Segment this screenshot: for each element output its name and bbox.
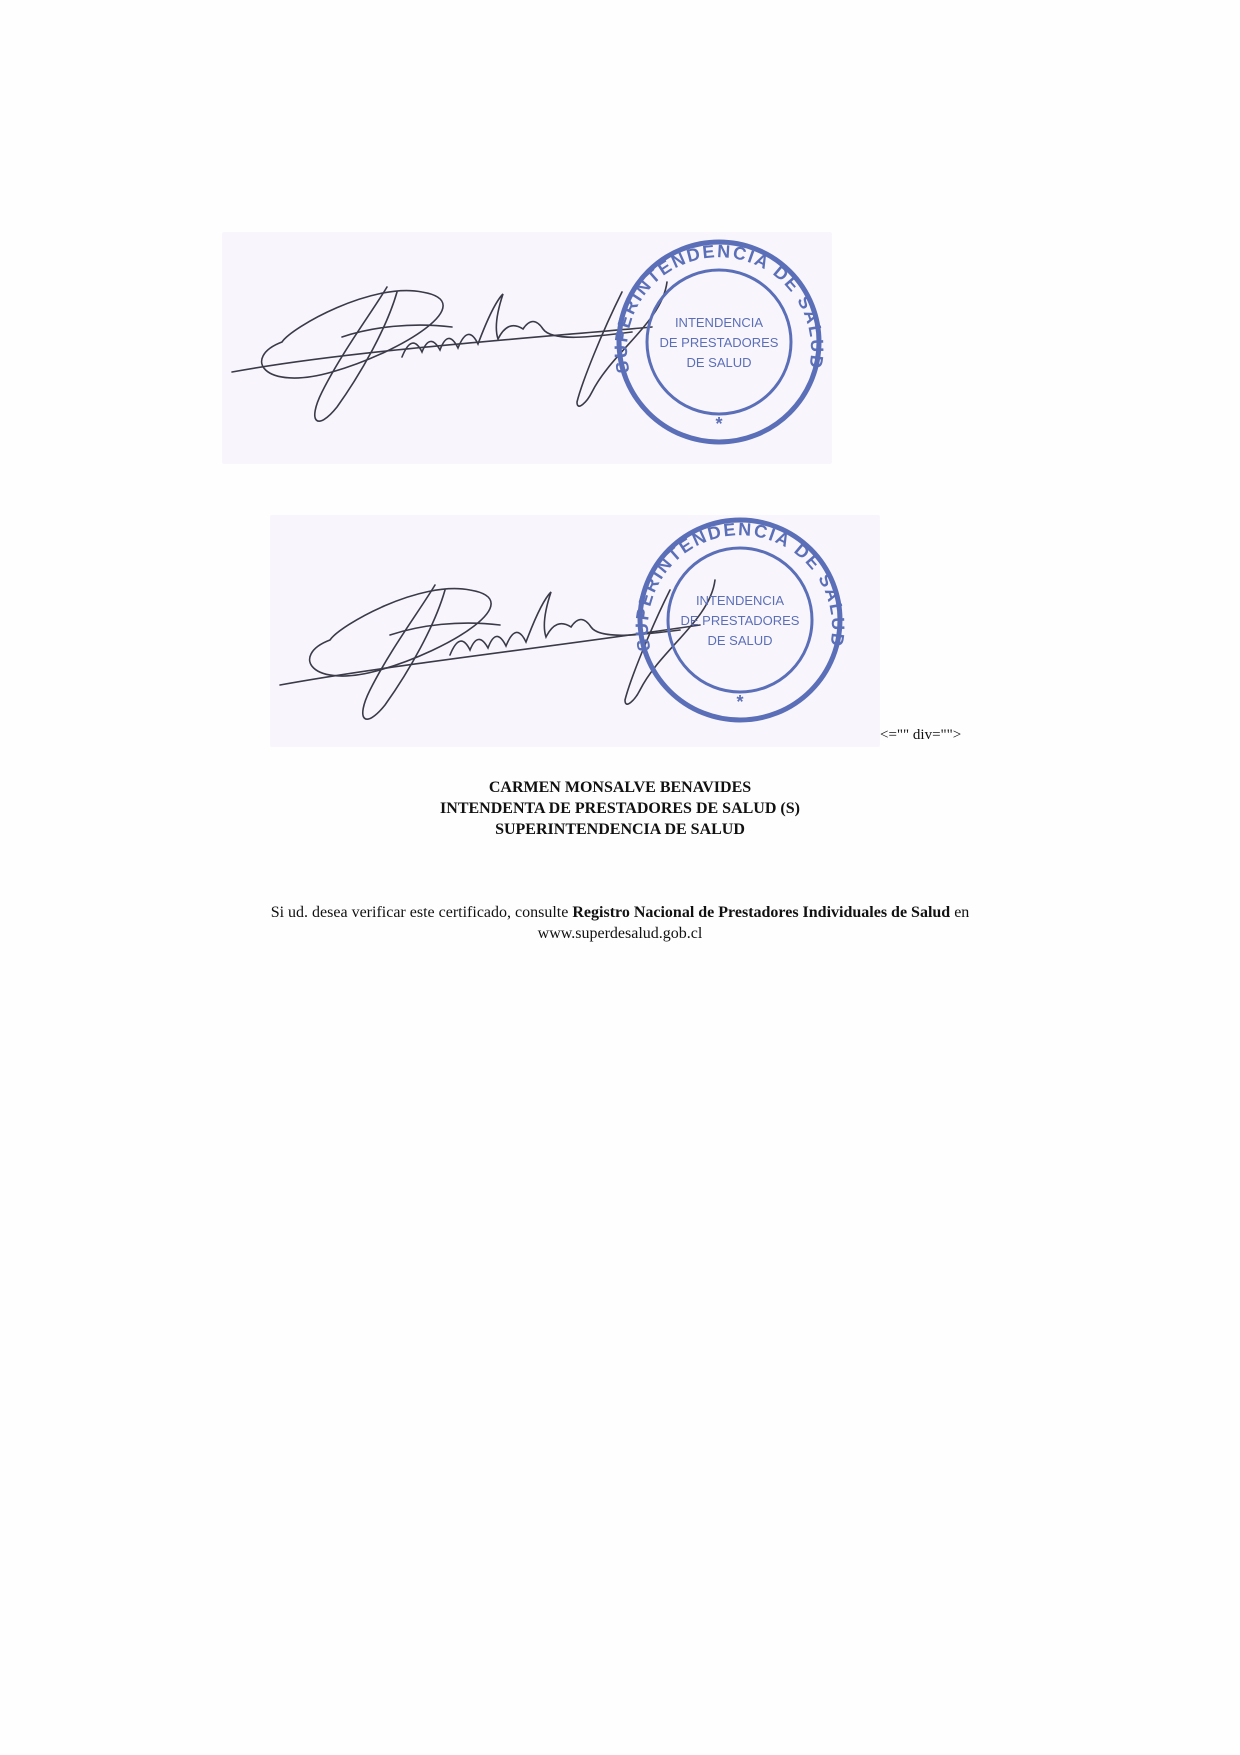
signature-stamp-image-2: SUPERINTENDENCIA DE SALUD INTENDENCIA DE… — [270, 515, 880, 747]
signature-stamp-image-1: SUPERINTENDENCIA DE SALUD INTENDENCIA DE… — [222, 232, 832, 464]
official-stamp: SUPERINTENDENCIA DE SALUD INTENDENCIA DE… — [632, 519, 848, 720]
registry-name: Registro Nacional de Prestadores Individ… — [572, 904, 950, 921]
signer-organization: SUPERINTENDENCIA DE SALUD — [0, 819, 1240, 840]
stamp-line-1: INTENDENCIA — [675, 315, 763, 330]
verification-note: Si ud. desea verificar este certificado,… — [0, 902, 1240, 944]
stamp-line-1: INTENDENCIA — [696, 593, 784, 608]
signature-stamp-graphic: SUPERINTENDENCIA DE SALUD INTENDENCIA DE… — [270, 515, 880, 747]
stamp-line-2: DE PRESTADORES — [681, 613, 800, 628]
stamp-line-3: DE SALUD — [686, 355, 751, 370]
signature-stamp-graphic: SUPERINTENDENCIA DE SALUD INTENDENCIA DE… — [222, 232, 832, 464]
stray-markup-text: <="" div=""> — [880, 726, 961, 744]
stamp-line-2: DE PRESTADORES — [660, 335, 779, 350]
stamp-star-icon: * — [715, 414, 722, 434]
signer-name: CARMEN MONSALVE BENAVIDES — [0, 777, 1240, 798]
signer-title: INTENDENTA DE PRESTADORES DE SALUD (S) — [0, 798, 1240, 819]
verification-prefix: Si ud. desea verificar este certificado,… — [271, 904, 573, 921]
official-stamp: SUPERINTENDENCIA DE SALUD INTENDENCIA DE… — [611, 241, 827, 442]
stamp-star-icon: * — [736, 692, 743, 712]
handwritten-signature — [232, 282, 667, 421]
verification-suffix: en — [950, 904, 969, 921]
verification-url: www.superdesalud.gob.cl — [0, 923, 1240, 944]
stamp-line-3: DE SALUD — [707, 633, 772, 648]
signer-block: CARMEN MONSALVE BENAVIDES INTENDENTA DE … — [0, 777, 1240, 840]
